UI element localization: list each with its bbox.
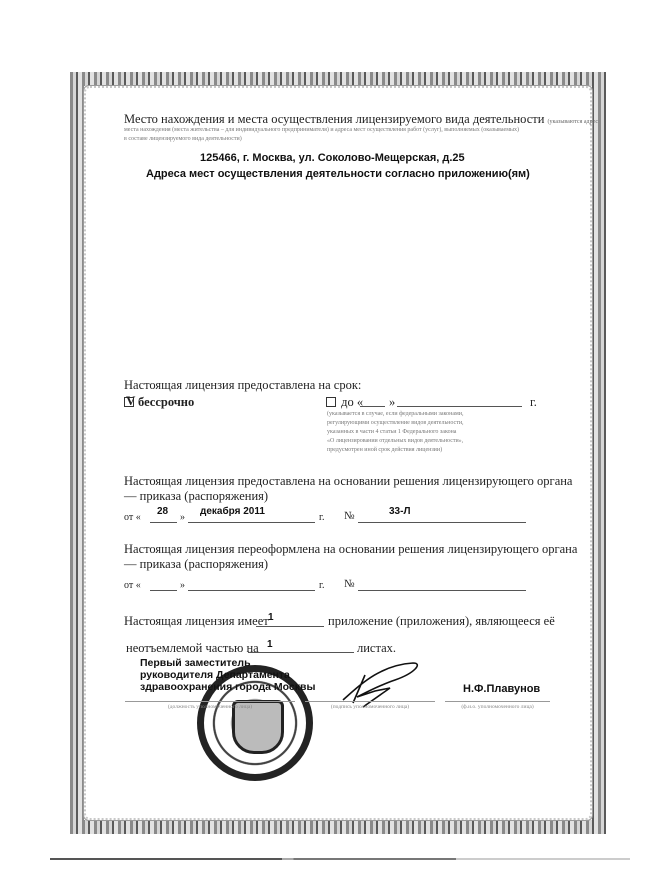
appendix-line2-pre: неотъемлемой частью на	[126, 641, 259, 656]
year-label: г.	[530, 395, 537, 410]
number-label: №	[344, 510, 355, 522]
basis-number-value: 33-Л	[389, 506, 410, 517]
term-label: Настоящая лицензия предоставлена на срок…	[124, 378, 361, 393]
reissue-day-field[interactable]	[150, 590, 177, 591]
appendix-sheets-field[interactable]	[248, 652, 354, 653]
quote-close: »	[180, 580, 185, 591]
reissue-number-field[interactable]	[358, 590, 526, 591]
addresses-note: Адреса мест осуществления деятельности с…	[146, 168, 530, 180]
address: 125466, г. Москва, ул. Соколово-Мещерска…	[200, 152, 465, 164]
basis-line2: — приказа (распоряжения)	[124, 489, 268, 504]
caption-position: (должность уполномоченного лица)	[125, 704, 295, 710]
position-line	[125, 701, 295, 702]
appendix-line1-post: приложение (приложения), являющееся её	[328, 614, 555, 629]
signature-line	[305, 701, 435, 702]
until-day-field[interactable]	[360, 406, 385, 407]
year-label: г.	[319, 512, 324, 523]
appendix-count-value: 1	[268, 612, 274, 623]
number-label: №	[344, 578, 355, 590]
caption-name: (ф.и.о. уполномоченного лица)	[445, 704, 550, 710]
quote-close: »	[180, 512, 185, 523]
appendix-line1-pre: Настоящая лицензия имеет	[124, 614, 269, 629]
term-until-option[interactable]: до «	[326, 395, 363, 410]
term-indefinite-option[interactable]: V бессрочно	[124, 395, 194, 410]
quote-close: »	[389, 395, 395, 410]
reissue-from-label: от «	[124, 580, 141, 591]
location-note-line2: места нахождения (места жительства – для…	[124, 126, 519, 135]
checkbox-until[interactable]	[326, 397, 336, 407]
term-small-print: (указывается в случае, если федеральными…	[327, 410, 464, 455]
basis-line1: Настоящая лицензия предоставлена на осно…	[124, 474, 572, 489]
basis-number-field[interactable]	[358, 522, 526, 523]
basis-day-field[interactable]	[150, 522, 177, 523]
location-heading: Место нахождения и места осуществления л…	[124, 112, 598, 127]
basis-day-value: 28	[157, 506, 168, 517]
basis-month-year-value: декабря 2011	[200, 506, 265, 517]
year-label: г.	[319, 580, 324, 591]
basis-month-year-field[interactable]	[188, 522, 315, 523]
signatory-position: Первый заместитель руководителя Департам…	[140, 657, 315, 693]
basis-from-label: от «	[124, 512, 141, 523]
reissue-line2: — приказа (распоряжения)	[124, 557, 268, 572]
appendix-count-field[interactable]	[256, 626, 324, 627]
name-line	[445, 701, 550, 702]
check-mark-icon: V	[126, 393, 135, 409]
signatory-name: Н.Ф.Плавунов	[463, 683, 540, 695]
reissue-line1: Настоящая лицензия переоформлена на осно…	[124, 542, 577, 557]
checkbox-indefinite[interactable]: V	[124, 397, 134, 407]
appendix-sheets-value: 1	[267, 639, 273, 650]
appendix-line2-post: листах.	[357, 641, 396, 656]
until-date-field[interactable]	[397, 406, 522, 407]
scan-edge-line	[50, 858, 630, 860]
location-note-line3: в составе лицензируемого вида деятельнос…	[124, 135, 242, 144]
reissue-month-year-field[interactable]	[188, 590, 315, 591]
caption-signature: (подпись уполномоченного лица)	[305, 704, 435, 710]
